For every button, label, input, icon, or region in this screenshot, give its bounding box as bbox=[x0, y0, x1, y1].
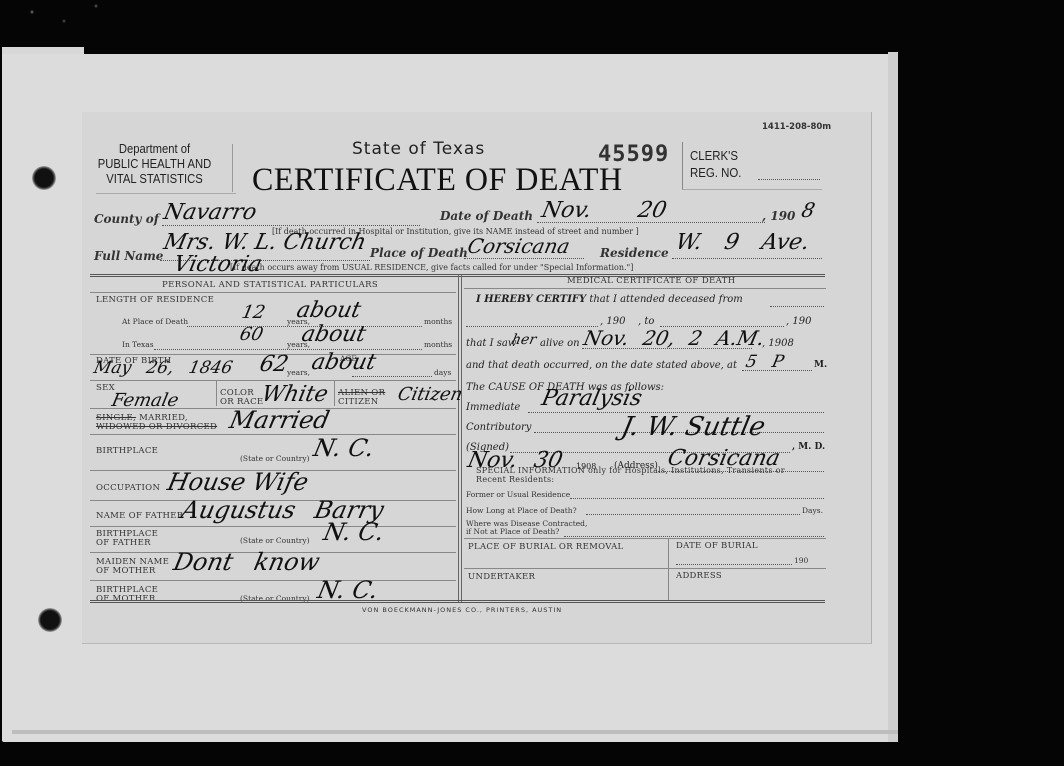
alive-on-value[interactable]: Nov. 20, 2 A.M. bbox=[581, 326, 766, 350]
punch-hole-icon bbox=[38, 608, 62, 632]
mother-maiden-label: MAIDEN NAME OF MOTHER bbox=[96, 558, 169, 576]
divider bbox=[216, 380, 217, 406]
divider bbox=[96, 193, 236, 194]
burial-place-label: PLACE OF BURIAL OR REMOVAL bbox=[468, 542, 623, 552]
place-of-death-value[interactable]: Corsicana bbox=[465, 234, 572, 258]
divider bbox=[464, 538, 826, 539]
department-line: VITAL STATISTICS bbox=[96, 172, 213, 187]
to-year-label: , 190 bbox=[786, 316, 811, 327]
residence-note: [If death occurs away from USUAL RESIDEN… bbox=[230, 263, 633, 272]
age-value[interactable]: 62 bbox=[257, 352, 290, 377]
personal-section-title: PERSONAL AND STATISTICAL PARTICULARS bbox=[162, 280, 378, 290]
m-label: M. bbox=[814, 360, 827, 370]
where-contracted-line[interactable] bbox=[564, 536, 824, 537]
special-title-line: Recent Residents: bbox=[476, 475, 785, 484]
year-value[interactable]: 8 bbox=[799, 198, 817, 222]
burial-date-line[interactable] bbox=[676, 564, 792, 565]
divider bbox=[90, 292, 456, 293]
citizen-label: CITIZEN bbox=[338, 398, 385, 407]
age-line bbox=[352, 376, 432, 377]
divider bbox=[90, 580, 456, 581]
color-value[interactable]: White bbox=[259, 382, 330, 407]
bottom-rule bbox=[90, 600, 825, 603]
divider bbox=[464, 568, 826, 569]
attended-from-date-line bbox=[466, 326, 598, 327]
length-of-residence-label: LENGTH OF RESIDENCE bbox=[96, 295, 214, 305]
place-of-death-line bbox=[464, 258, 584, 259]
certify-statement: I HEREBY CERTIFY that I attended decease… bbox=[476, 294, 743, 305]
special-info-title: SPECIAL INFORMATION only for Hospitals, … bbox=[476, 466, 785, 484]
father-name-label: NAME OF FATHER bbox=[96, 511, 183, 521]
undertaker-label: UNDERTAKER bbox=[468, 572, 535, 582]
in-texas-line bbox=[154, 349, 422, 350]
clerk-label: CLERK'S bbox=[690, 147, 741, 164]
column-divider bbox=[458, 274, 462, 602]
label-line: if Not at Place of Death? bbox=[466, 528, 587, 536]
color-label: COLOR OR RACE bbox=[220, 389, 263, 407]
place-of-death-label: Place of Death bbox=[370, 246, 468, 260]
years-label: years, bbox=[287, 368, 310, 377]
divider bbox=[90, 380, 456, 381]
marital-label-line: WIDOWED OR DIVORCED bbox=[96, 423, 217, 432]
at-place-note[interactable]: about bbox=[294, 298, 363, 323]
alive-year: , 1908 bbox=[762, 338, 794, 349]
former-residence-line[interactable] bbox=[570, 498, 824, 499]
undertaker-address-label: ADDRESS bbox=[676, 571, 722, 581]
divider bbox=[232, 144, 233, 192]
occupation-value[interactable]: House Wife bbox=[165, 468, 311, 496]
label-line: OF MOTHER bbox=[96, 567, 169, 576]
residence-value[interactable]: W. 9 Ave. bbox=[673, 230, 812, 255]
sex-label: SEX bbox=[96, 383, 115, 393]
department-line: PUBLIC HEALTH AND bbox=[96, 157, 213, 172]
divider bbox=[334, 380, 335, 406]
alien-citizen-label: ALIEN OR CITIZEN bbox=[338, 389, 385, 407]
divider bbox=[464, 288, 826, 289]
months-label: months bbox=[424, 317, 452, 326]
days-label: Days. bbox=[802, 506, 823, 515]
certify-rest: that I attended deceased from bbox=[589, 294, 742, 305]
at-place-label: At Place of Death bbox=[122, 317, 188, 326]
residence-label: Residence bbox=[600, 246, 669, 260]
paper-bottom-edge bbox=[12, 730, 898, 734]
contributory-label: Contributory bbox=[466, 422, 531, 433]
county-value[interactable]: Navarro bbox=[161, 200, 259, 225]
months-label: months bbox=[424, 340, 452, 349]
age-note[interactable]: about bbox=[309, 350, 378, 375]
days-label: days bbox=[434, 368, 451, 377]
citizen-value[interactable]: Citizen bbox=[396, 384, 465, 405]
father-birthplace-value[interactable]: N. C. bbox=[321, 518, 387, 546]
burial-date-label: DATE OF BURIAL bbox=[676, 541, 758, 551]
in-texas-note[interactable]: about bbox=[299, 322, 368, 347]
scan-background-speckle bbox=[0, 0, 160, 30]
marital-label: SINGLE, MARRIED, WIDOWED OR DIVORCED bbox=[96, 414, 217, 432]
date-of-death-label: Date of Death bbox=[440, 209, 533, 223]
form-code: 1411-208-80m bbox=[762, 122, 831, 132]
occupation-label: OCCUPATION bbox=[96, 483, 160, 493]
state-label: State of Texas bbox=[352, 139, 485, 159]
father-birthplace-label: BIRTHPLACE OF FATHER bbox=[96, 530, 158, 548]
date-of-death-value[interactable]: Nov. 20 bbox=[539, 198, 669, 223]
immediate-cause-value[interactable]: Paralysis bbox=[539, 386, 644, 411]
how-long-line[interactable] bbox=[586, 514, 800, 515]
death-occurred-label: and that death occurred, on the date sta… bbox=[466, 360, 737, 371]
where-contracted-label: Where was Disease Contracted, if Not at … bbox=[466, 520, 587, 536]
saw-pronoun[interactable]: her bbox=[510, 332, 537, 348]
in-texas-label: In Texas bbox=[122, 340, 154, 349]
reg-no-label: REG. NO. bbox=[690, 164, 741, 181]
attended-from-line bbox=[770, 306, 824, 307]
marital-value[interactable]: Married bbox=[227, 406, 332, 434]
department-block: Department of PUBLIC HEALTH AND VITAL ST… bbox=[96, 142, 213, 187]
department-line: Department of bbox=[96, 142, 213, 157]
former-residence-label: Former or Usual Residence bbox=[466, 490, 570, 499]
birthplace-label: BIRTHPLACE bbox=[96, 446, 158, 456]
alive-on-label: alive on bbox=[540, 338, 580, 349]
county-label: County of bbox=[94, 212, 159, 226]
saw-label: that I saw bbox=[466, 338, 516, 349]
divider bbox=[90, 434, 456, 435]
death-time-value[interactable]: 5 P bbox=[744, 352, 786, 372]
md-label: , M. D. bbox=[792, 442, 825, 452]
full-name-label: Full Name bbox=[94, 249, 163, 263]
certificate-number: 45599 bbox=[598, 142, 669, 167]
at-place-years[interactable]: 12 bbox=[240, 302, 267, 323]
birthplace-value[interactable]: N. C. bbox=[311, 434, 377, 462]
clerk-reg-no-field[interactable] bbox=[758, 179, 820, 180]
certificate-title: CERTIFICATE OF DEATH bbox=[252, 162, 623, 199]
state-or-country-label: (State or Country) bbox=[240, 536, 310, 545]
death-certificate-form: Department of PUBLIC HEALTH AND VITAL ST… bbox=[82, 112, 872, 644]
paper-edge bbox=[888, 52, 898, 742]
clerk-reg-label: CLERK'S REG. NO. bbox=[690, 147, 741, 181]
state-or-country-label: (State or Country) bbox=[240, 454, 310, 463]
dob-value[interactable]: May 26, 1846 bbox=[92, 358, 235, 378]
certify-bold: I HEREBY CERTIFY bbox=[476, 294, 586, 305]
immediate-label: Immediate bbox=[466, 402, 520, 413]
mother-maiden-value[interactable]: Dont know bbox=[171, 548, 322, 576]
special-title-line: SPECIAL INFORMATION only for Hospitals, … bbox=[476, 466, 785, 475]
printer-credit: VON BOECKMANN-JONES CO., PRINTERS, AUSTI… bbox=[362, 606, 562, 614]
physician-signature[interactable]: J. W. Suttle bbox=[619, 412, 768, 442]
in-texas-years[interactable]: 60 bbox=[238, 324, 265, 345]
residence-line bbox=[672, 258, 822, 259]
county-field-line bbox=[162, 225, 420, 226]
medical-section-title: MEDICAL CERTIFICATE OF DEATH bbox=[567, 276, 736, 286]
burial-year: 190 bbox=[794, 556, 808, 565]
label-line: OF FATHER bbox=[96, 539, 158, 548]
divider bbox=[668, 538, 669, 600]
punch-hole-icon bbox=[32, 166, 56, 190]
how-long-label: How Long at Place of Death? bbox=[466, 506, 577, 515]
year-prefix: , 190 bbox=[762, 209, 795, 223]
divider bbox=[90, 526, 456, 527]
